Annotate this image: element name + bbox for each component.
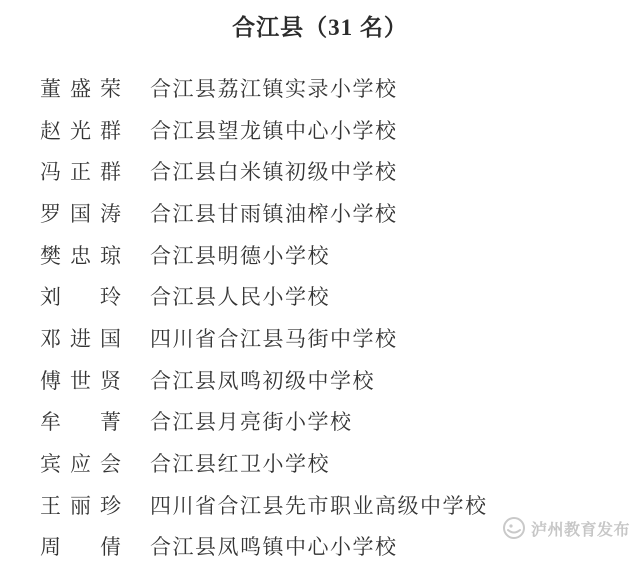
person-name: 冯正群 <box>40 156 121 186</box>
table-row: 罗国涛 合江县甘雨镇油榨小学校 <box>0 192 640 234</box>
person-name: 樊忠琼 <box>40 240 121 270</box>
publisher-logo-icon <box>502 516 526 540</box>
page-title: 合江县（31 名） <box>0 0 640 42</box>
school-name: 合江县凤鸣镇中心小学校 <box>150 531 398 561</box>
table-row: 冯正群 合江县白米镇初级中学校 <box>0 150 640 192</box>
person-name: 宾应会 <box>40 448 121 478</box>
school-name: 合江县望龙镇中心小学校 <box>150 115 398 145</box>
person-name: 刘 玲 <box>40 281 121 311</box>
document-page: 合江县（31 名） 董盛荣 合江县荔江镇实录小学校 赵光群 合江县望龙镇中心小学… <box>0 0 640 563</box>
publisher-watermark: 泸州教育发布 <box>502 516 630 540</box>
publisher-watermark-label: 泸州教育发布 <box>531 517 630 540</box>
table-row: 牟 菁 合江县月亮街小学校 <box>0 401 640 443</box>
table-row: 董盛荣 合江县荔江镇实录小学校 <box>0 67 640 109</box>
person-name: 牟 菁 <box>40 406 121 436</box>
person-name: 董盛荣 <box>40 73 121 103</box>
person-name: 邓进国 <box>40 323 121 353</box>
roster-list: 董盛荣 合江县荔江镇实录小学校 赵光群 合江县望龙镇中心小学校 冯正群 合江县白… <box>0 67 640 563</box>
school-name: 合江县红卫小学校 <box>150 448 330 478</box>
school-name: 合江县甘雨镇油榨小学校 <box>150 198 398 228</box>
person-name: 周 倩 <box>40 531 121 561</box>
school-name: 合江县荔江镇实录小学校 <box>150 73 398 103</box>
school-name: 合江县月亮街小学校 <box>150 406 353 436</box>
table-row: 邓进国 四川省合江县马街中学校 <box>0 317 640 359</box>
school-name: 合江县凤鸣初级中学校 <box>150 365 375 395</box>
school-name: 四川省合江县马街中学校 <box>150 323 398 353</box>
school-name: 四川省合江县先市职业高级中学校 <box>150 490 488 520</box>
person-name: 罗国涛 <box>40 198 121 228</box>
table-row: 刘 玲 合江县人民小学校 <box>0 275 640 317</box>
person-name: 王丽珍 <box>40 490 121 520</box>
school-name: 合江县白米镇初级中学校 <box>150 156 398 186</box>
table-row: 樊忠琼 合江县明德小学校 <box>0 234 640 276</box>
school-name: 合江县明德小学校 <box>150 240 330 270</box>
table-row: 傅世贤 合江县凤鸣初级中学校 <box>0 359 640 401</box>
school-name: 合江县人民小学校 <box>150 281 330 311</box>
person-name: 傅世贤 <box>40 365 121 395</box>
table-row: 宾应会 合江县红卫小学校 <box>0 442 640 484</box>
table-row: 赵光群 合江县望龙镇中心小学校 <box>0 109 640 151</box>
person-name: 赵光群 <box>40 115 121 145</box>
